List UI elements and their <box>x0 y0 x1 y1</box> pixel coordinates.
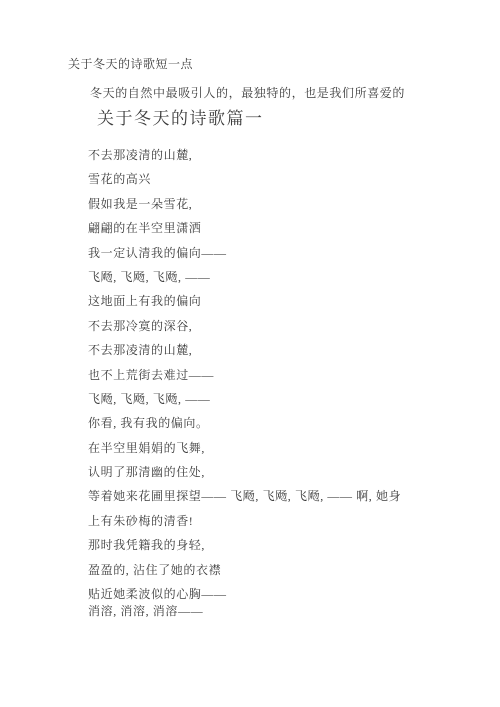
poem-line: 飞飏, 飞飏, 飞飏, —— <box>88 271 401 283</box>
poem-body: 不去那凌清的山麓,雪花的高兴假如我是一朵雪花,翩翩的在半空里潇洒我一定认清我的偏… <box>88 149 401 630</box>
poem-line: 假如我是一朵雪花, <box>88 198 401 210</box>
poem-line: 我一定认清我的偏向—— <box>88 247 401 259</box>
poem-line: 认明了那清幽的住处, <box>88 466 401 478</box>
poem-line: 不去那凌清的山麓, <box>88 344 401 356</box>
document-page: 关于冬天的诗歌短一点 冬天的自然中最吸引人的，最独特的，也是我们所喜爱的 关于冬… <box>0 0 500 707</box>
poem-line: 等着她来花圃里探望—— 飞飏, 飞飏, 飞飏, —— 啊, 她身 <box>88 490 401 502</box>
poem-line: 消溶, 消溶, 消溶—— <box>88 605 401 617</box>
poem-line: 你看, 我有我的偏向。 <box>88 417 401 429</box>
poem-line: 雪花的高兴 <box>88 173 401 185</box>
poem-line: 这地面上有我的偏向 <box>88 295 401 307</box>
poem-line: 盈盈的, 沾住了她的衣襟 <box>88 564 401 576</box>
poem-line: 那时我凭籍我的身轻, <box>88 539 401 551</box>
poem-line: 贴近她柔波似的心胸—— <box>88 588 401 600</box>
poem-line: 不去那凌清的山麓, <box>88 149 401 161</box>
poem-line: 在半空里娟娟的飞舞, <box>88 442 401 454</box>
poem-line: 上有朱砂梅的清香! <box>88 515 401 527</box>
poem-line: 飞飏, 飞飏, 飞飏, —— <box>88 393 401 405</box>
document-small-title: 关于冬天的诗歌短一点 <box>68 57 193 71</box>
intro-paragraph: 冬天的自然中最吸引人的，最独特的，也是我们所喜爱的 <box>90 86 405 100</box>
section-heading: 关于冬天的诗歌篇一 <box>97 108 264 130</box>
poem-line: 不去那冷寞的深谷, <box>88 320 401 332</box>
poem-line: 也不上荒街去难过—— <box>88 369 401 381</box>
poem-line: 翩翩的在半空里潇洒 <box>88 222 401 234</box>
